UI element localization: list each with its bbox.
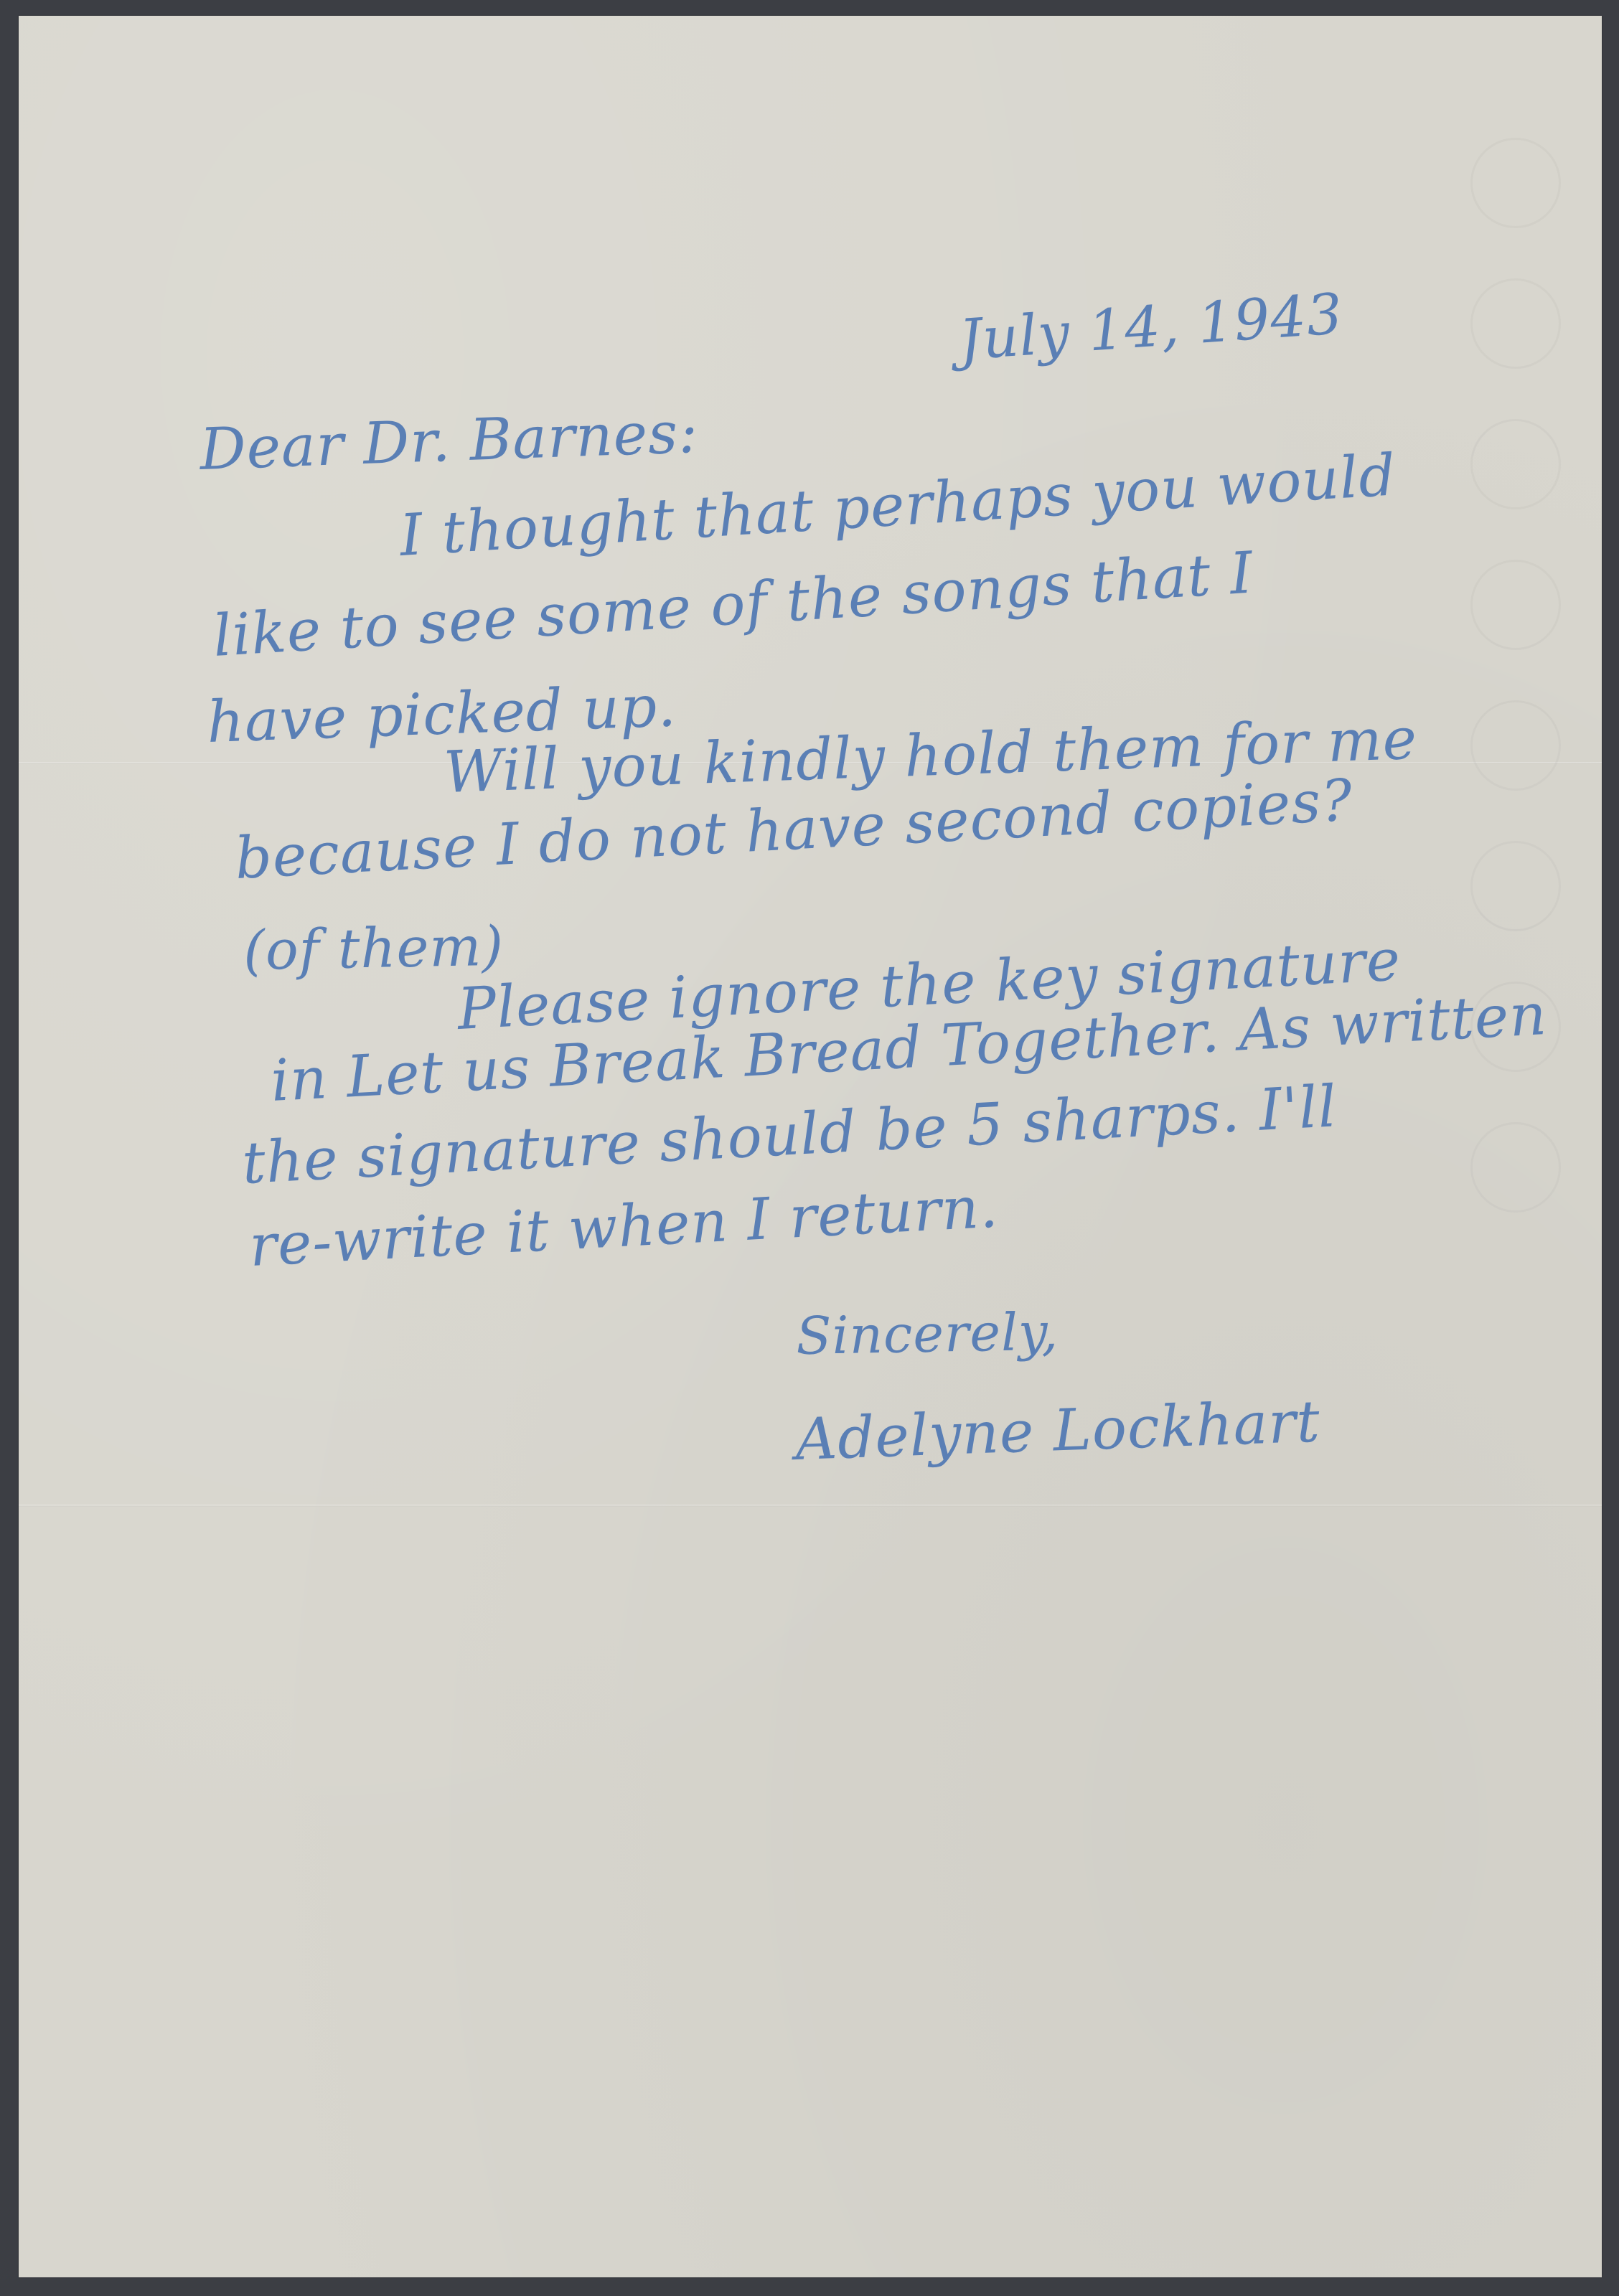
body-line: (of them) xyxy=(243,914,504,982)
paper-watermark xyxy=(1458,88,1573,2025)
letter-closing: Sincerely, xyxy=(796,1302,1059,1366)
fold-line-lower xyxy=(19,1505,1602,1507)
